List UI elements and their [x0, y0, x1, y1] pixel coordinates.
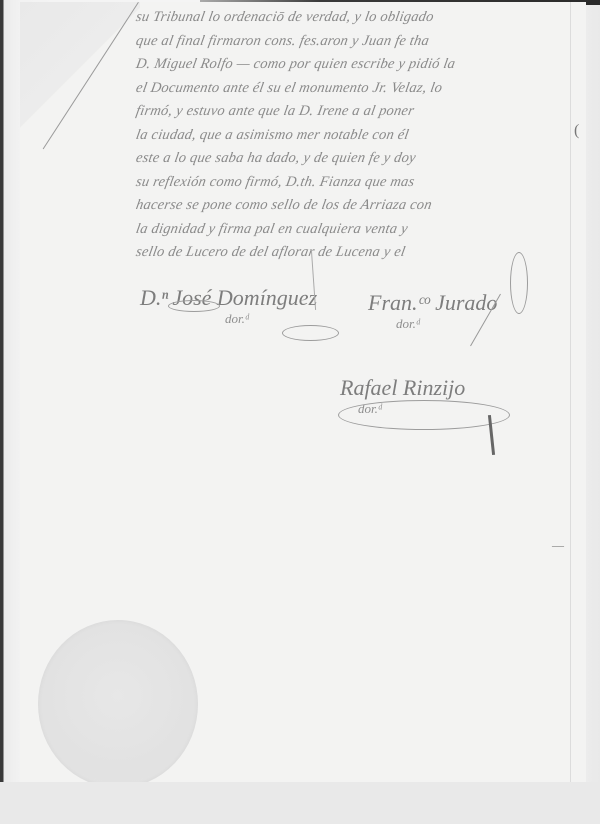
manuscript-line: D. Miguel Rolfo — como por quien escribe… [134, 53, 558, 77]
signature-flourish [338, 400, 510, 430]
manuscript-line: su Tribunal lo ordenaciō de verdad, y lo… [134, 6, 558, 30]
signature-flourish [168, 300, 220, 312]
signature-jose-dominguez: D.ⁿ José Domínguez dor.ᵈ [140, 285, 317, 327]
manuscript-line: la dignidad y firma pal en cualquiera ve… [134, 218, 558, 242]
signature-name: Fran.ᶜᵒ Jurado [368, 290, 497, 315]
signature-flourish [510, 252, 528, 314]
margin-mark: — [552, 538, 564, 553]
manuscript-line: el Documento ante él su el monumento Jr.… [134, 77, 558, 101]
manuscript-line: firmó, y estuvo ante que la D. Irene a a… [134, 100, 558, 124]
margin-mark: ( [574, 122, 579, 140]
folded-corner [20, 2, 140, 132]
signature-prefix: D.ⁿ [140, 285, 168, 310]
scan-bottom-margin [0, 782, 600, 824]
manuscript-line: la ciudad, que a asimismo mer notable co… [134, 124, 558, 148]
manuscript-line: que al final firmaron cons. fes.aron y J… [134, 30, 558, 54]
manuscript-line: su reflexión como firmó, D.th. Fianza qu… [134, 171, 558, 195]
manuscript-line: hacerse se pone como sello de los de Arr… [134, 194, 558, 218]
signature-name: Rafael Rinzijo [340, 375, 465, 400]
signature-flourish [282, 325, 339, 341]
manuscript-line: este a lo que saba ha dado, y de quien f… [134, 147, 558, 171]
manuscript-line: sello de Lucero de del aflorar de Lucena… [134, 241, 558, 265]
manuscript-body: su Tribunal lo ordenaciō de verdad, y lo… [136, 6, 556, 265]
signature-francisco-jurado: Fran.ᶜᵒ Jurado dor.ᵈ [368, 290, 497, 332]
vertical-crease [570, 2, 571, 782]
embossed-seal [38, 620, 198, 788]
